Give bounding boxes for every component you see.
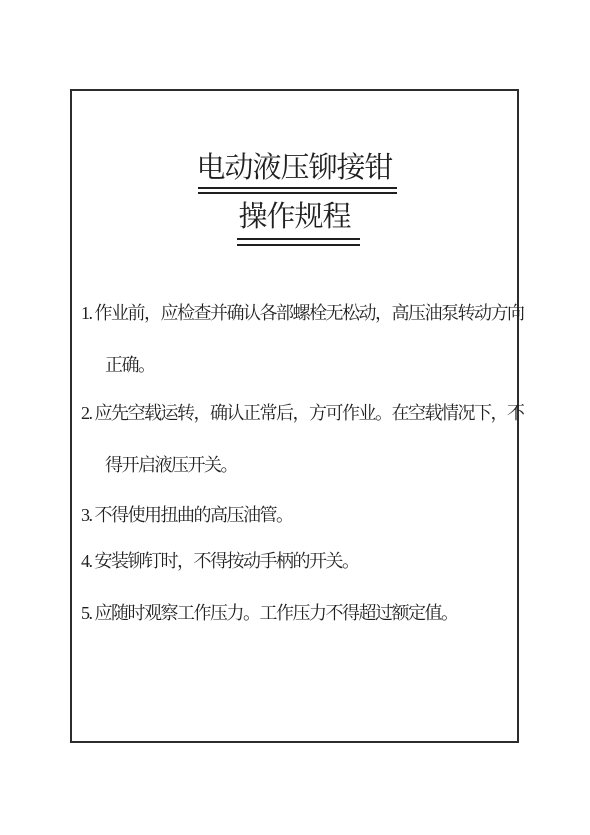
title-double-underline bbox=[198, 187, 397, 194]
procedure-item-2-line-1: 2. 应先空载运转，确认正常后，方可作业。在空载情况下，不 bbox=[81, 403, 524, 423]
procedure-item-5-line-1: 5. 应随时观察工作压力。工作压力不得超过额定值。 bbox=[81, 603, 458, 623]
procedure-item-1-line-2: 正确。 bbox=[105, 355, 155, 375]
document-title: 电动液压铆接钳 bbox=[72, 152, 517, 184]
scanned-document-page: 电动液压铆接钳 操作规程 1. 作业前，应检查并确认各部螺栓无松动，高压油泵转动… bbox=[0, 0, 590, 835]
subtitle-double-underline bbox=[237, 238, 360, 246]
procedure-item-1-line-1: 1. 作业前，应检查并确认各部螺栓无松动，高压油泵转动方向 bbox=[81, 303, 524, 323]
procedure-item-2-line-2: 得开启液压开关。 bbox=[105, 455, 237, 475]
document-subtitle: 操作规程 bbox=[72, 201, 517, 233]
procedure-item-3-line-1: 3. 不得使用扭曲的高压油管。 bbox=[81, 505, 293, 525]
procedure-item-4-line-1: 4. 安装铆钉时，不得按动手柄的开关。 bbox=[81, 551, 359, 571]
